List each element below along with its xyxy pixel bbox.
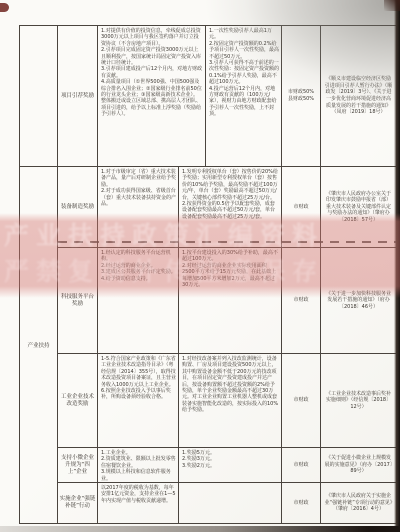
funding-line: 市财政50% (288, 89, 314, 96)
funding-line: 市财政 (293, 462, 308, 469)
funding-line: 市财政 (293, 297, 308, 304)
standards-cell: 1.按平台建设投入的30%给予补助，最高不超过100万元。 2.对经过运营的商业… (179, 248, 282, 354)
funding-cell: 市财政50%县财政50% (282, 26, 321, 167)
conditions-cell: 1.对提供有价值的投资信息，牵线促成总投资3000万元以上项目与我区签约落户并订… (98, 26, 206, 167)
funding-line: 县财政50% (288, 96, 314, 103)
category-cell: 产业扶持 (20, 167, 58, 524)
item-label-cell: 项目引荐奖励 (58, 26, 98, 167)
funding-cell: 市财政 (282, 248, 321, 354)
funding-line: 市财政 (293, 500, 308, 507)
item-label-cell: 实施企业“强链补链”行动 (58, 483, 98, 524)
category-cell-empty (20, 26, 58, 167)
top-left-red-mark (0, 3, 9, 12)
conditions-cell: 1.经认定的科技服务平台运营机构。 2.经过运营的商业企业。 3.建成区公共服务… (98, 248, 179, 354)
table-row: 项目引荐奖励1.对提供有价值的投资信息，牵线促成总投资3000万元以上项目与我区… (20, 26, 397, 167)
table-lower-section: 产业扶持 装备制造奖励1.对于市级审定（省）重大技术装备产品，量产后对研制企业给… (20, 167, 397, 524)
basis-cell: 《工业企业技术改造事后奖补实施细则》（经信规〔2018〕12号） (321, 354, 397, 448)
basis-cell: 《顺义市建设临空经济区奖励引进项目引荐人暂行办法》（顺政发〔2019〕3号）、《… (321, 26, 397, 167)
funding-cell: 市财政 (282, 448, 321, 483)
item-label-cell: 工业企业技术改造奖励 (58, 354, 98, 448)
table-row: 支持小微企业升规为“四上”企业1.工业企业。 2.资质建筑业、限额以上批发零售住… (58, 448, 397, 483)
standards-cell: 1.奖励5万元。 2.奖励3万元。 3.奖励2万元。 (179, 448, 282, 483)
standards-cell: 1.发明专利授权单台（套）按售价的20%给予奖励；实用新型专利授权单台（套）按售… (179, 167, 282, 248)
standards-cell: 1.一次性奖励引荐人最高1万元。 2.按固定资产投资额的0.2%给予项目引荐人一… (206, 26, 282, 167)
basis-cell: 《关于进一步加快科技服务业发展若干措施的通知》（府办〔2018〕46号） (321, 248, 397, 354)
funding-line: 市财政 (293, 397, 308, 404)
right-page-edge (394, 0, 400, 532)
conditions-cell: 以2017年度的税收为基数，每年安排1亿元资金，支持企业在1—5年内实现产值与税… (98, 483, 179, 524)
policy-table: 项目引荐奖励1.对提供有价值的投资信息，牵线促成总投资3000万元以上项目与我区… (19, 25, 397, 524)
conditions-cell: 1-5.符合国家产业政策和《广东省工业企业技术改造指导目录》（粤经信规〔2014… (98, 354, 179, 448)
standards-cell: 1.对经技改备案并列入技改监测统计，设备购置、厂房及项目建设投资500万元以上，… (179, 354, 282, 448)
table-row: 工业企业技术改造奖励1-5.符合国家产业政策和《广东省工业企业技术改造指导目录》… (58, 354, 397, 448)
item-label-cell: 装备制造奖励 (58, 167, 98, 248)
bottom-page-edge (0, 526, 400, 532)
top-right-corner-shade (384, 0, 400, 11)
table-row: 装备制造奖励1.对于市级审定（省）重大技术装备产品，量产后对研制企业给予奖励。 … (58, 167, 397, 248)
basis-cell: 《肇庆市人民政府关于实施企业“强链补链”专项行动的意见》（肇府〔2016〕4号） (321, 483, 397, 524)
table-row: 科技服务平台奖励1.经认定的科技服务平台运营机构。 2.经过运营的商业企业。 3… (58, 248, 397, 354)
category-label: 产业扶持 (27, 341, 49, 349)
funding-line: 市财政 (293, 204, 308, 211)
item-label-cell: 科技服务平台奖励 (58, 248, 98, 354)
standards-cell (179, 483, 282, 524)
conditions-cell: 1.工业企业。 2.资质建筑业、限额以上批发零售住宿餐饮企业。 3.规模以上科技… (98, 448, 179, 483)
funding-cell: 市财政 (282, 483, 321, 524)
funding-cell: 市财政 (282, 167, 321, 248)
basis-cell: 《关于促进小微企业上规模发展的实施意见》（府办〔2017〕89号） (321, 448, 397, 483)
funding-cell: 市财政 (282, 354, 321, 448)
conditions-cell: 1.对于市级审定（省）重大技术装备产品，量产后对研制企业给予奖励。 2.对于成功… (98, 167, 179, 248)
basis-cell: 《肇庆市人民政府办公室关于印发肇庆市鼓励申报省（部）重大技术装备及关键部件认定与… (321, 167, 397, 248)
table-rows: 装备制造奖励1.对于市级审定（省）重大技术装备产品，量产后对研制企业给予奖励。 … (58, 167, 397, 524)
item-label-cell: 支持小微企业升规为“四上”企业 (58, 448, 98, 483)
table-row: 实施企业“强链补链”行动以2017年度的税收为基数，每年安排1亿元资金，支持企业… (58, 483, 397, 524)
